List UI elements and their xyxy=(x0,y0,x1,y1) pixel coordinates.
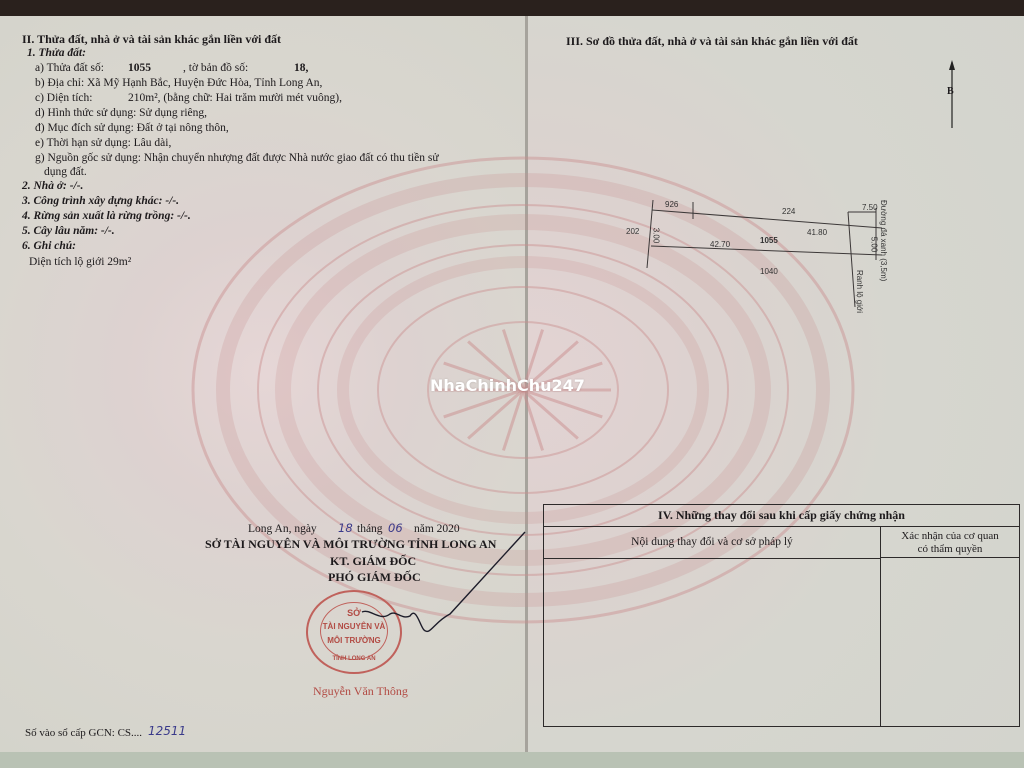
watermark: NhaChinhChu247 xyxy=(430,376,585,395)
area-label: c) Diện tích: xyxy=(35,92,92,104)
map-sheet-label: , tờ bản đồ số: xyxy=(183,62,248,74)
parcel-number: 1055 xyxy=(128,62,151,74)
table-surface xyxy=(0,752,1024,768)
map-parcel-1040: 1040 xyxy=(760,267,778,276)
section-iii-title: III. Sơ đồ thửa đất, nhà ở và tài sản kh… xyxy=(566,34,858,49)
changes-col-confirmation: Xác nhận của cơ quan có thẩm quyền xyxy=(881,527,1019,558)
map-dim-east: 5.00 xyxy=(869,237,878,253)
map-sheet-number: 18, xyxy=(294,62,308,74)
table-divider xyxy=(880,527,881,726)
parcel-number-label: a) Thửa đất số: xyxy=(35,62,104,74)
registry-number: 12511 xyxy=(148,724,186,738)
note-heading: 6. Ghi chú: xyxy=(22,240,76,252)
usage-term: e) Thời hạn sử dụng: Lâu dài, xyxy=(35,137,171,149)
area-value: 210m², (bằng chữ: Hai trăm mười mét vuôn… xyxy=(128,92,342,104)
map-parcel-202: 202 xyxy=(626,227,639,236)
perennial-item: 5. Cây lâu năm: -/-. xyxy=(22,225,115,237)
usage-form: d) Hình thức sử dụng: Sử dụng riêng, xyxy=(35,107,207,119)
usage-origin-cont: dụng đất. xyxy=(44,166,87,178)
changes-table: IV. Những thay đổi sau khi cấp giấy chứn… xyxy=(543,504,1020,727)
map-dim-road: 7.50 xyxy=(862,203,878,212)
address: b) Địa chỉ: Xã Mỹ Hạnh Bắc, Huyện Đức Hò… xyxy=(35,77,322,89)
signer-name: Nguyễn Văn Thông xyxy=(313,684,408,699)
stamp-ring-text: TỈNH LONG AN xyxy=(308,656,400,662)
forest-item: 4. Rừng sản xuất là rừng trồng: -/-. xyxy=(22,210,191,222)
parcel-heading: 1. Thửa đất: xyxy=(27,47,86,59)
map-parcel-224: 224 xyxy=(782,207,795,216)
map-parcel-1055: 1055 xyxy=(760,236,778,245)
map-setback-label: Ranh lộ giới xyxy=(855,270,864,313)
other-works-item: 3. Công trình xây dựng khác: -/-. xyxy=(22,195,179,207)
confirmation-line-1: Xác nhận của cơ quan xyxy=(881,530,1019,543)
map-dim-north: 41.80 xyxy=(807,228,827,237)
section-ii-title: II. Thửa đất, nhà ở và tài sản khác gắn … xyxy=(22,32,281,47)
map-road-label: Đường đá xanh (3,5m) xyxy=(879,200,888,281)
signature-stroke-icon xyxy=(360,530,530,645)
date-day: 18 xyxy=(338,521,353,535)
house-item: 2. Nhà ở: -/-. xyxy=(22,180,83,192)
changes-table-title: IV. Những thay đổi sau khi cấp giấy chứn… xyxy=(544,505,1019,527)
changes-col-content: Nội dung thay đổi và cơ sở pháp lý xyxy=(544,527,880,559)
note-text: Diện tích lộ giới 29m² xyxy=(29,256,131,268)
usage-origin: g) Nguồn gốc sử dụng: Nhận chuyển nhượng… xyxy=(35,152,439,164)
north-label: B xyxy=(947,86,954,97)
confirmation-line-2: có thẩm quyền xyxy=(881,543,1019,556)
registry-label: Số vào sổ cấp GCN: CS.... xyxy=(25,727,142,739)
map-parcel-926: 926 xyxy=(665,200,678,209)
parcel-diagram xyxy=(620,190,890,320)
usage-purpose: đ) Mục đích sử dụng: Đất ở tại nông thôn… xyxy=(35,122,229,134)
date-prefix: Long An, ngày xyxy=(248,523,317,535)
map-dim-west: 3.00 xyxy=(651,228,660,244)
map-dim-south: 42.70 xyxy=(710,240,730,249)
